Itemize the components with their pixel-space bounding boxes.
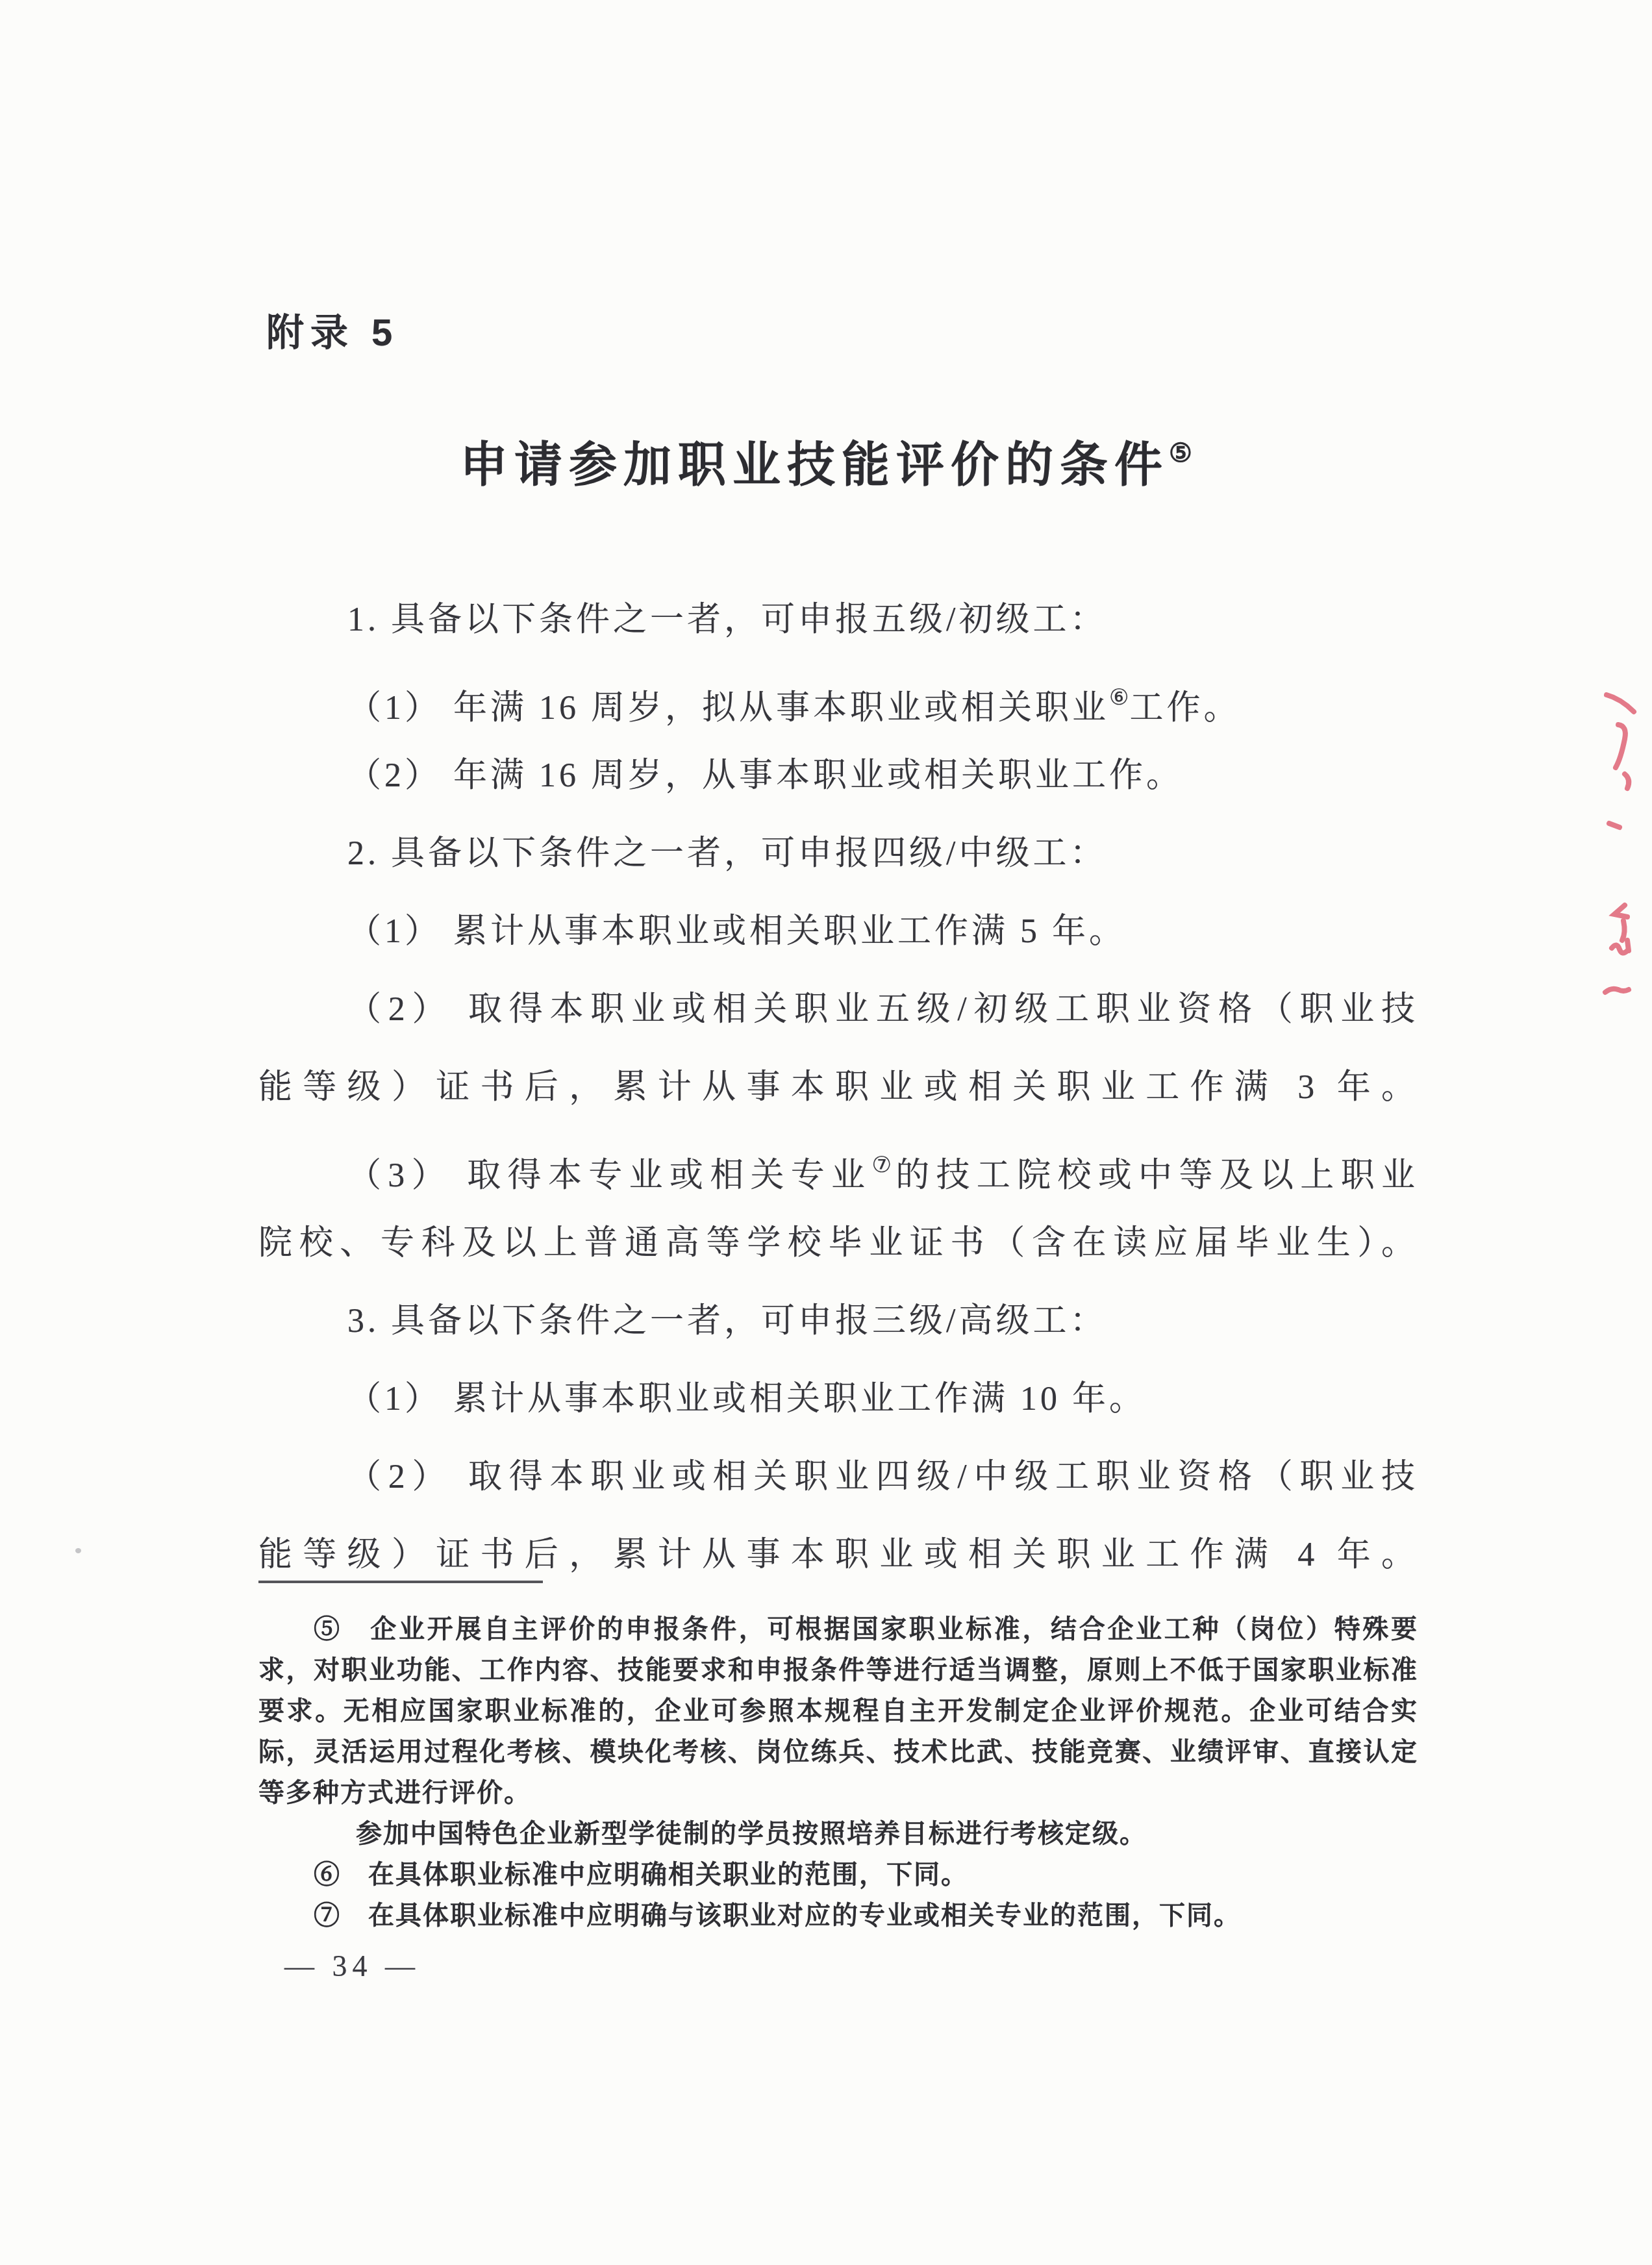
page-number: — 34 — <box>284 1947 420 1986</box>
page-title-text: 申请参加职业技能评价的条件 <box>460 438 1169 492</box>
text-line: （1） 累计从事本职业或相关职业工作满 5 年。 <box>258 893 1418 971</box>
footnote-ref-superscript: ⑥ <box>1109 686 1129 710</box>
text-line: 要求。无相应国家职业标准的，企业可参照本规程自主开发制定企业评价规范。企业可结合… <box>258 1691 1418 1732</box>
footnote-ref-superscript: ⑦ <box>871 1153 895 1177</box>
text-line: 际，灵活运用过程化考核、模块化考核、岗位练兵、技术比武、技能竞赛、业绩评审、直接… <box>258 1732 1418 1773</box>
stray-ink-dot <box>75 1548 81 1553</box>
appendix-label: 附录 5 <box>266 310 399 356</box>
text-line: （2） 取得本职业或相关职业五级/初级工职业资格（职业技 <box>258 971 1418 1049</box>
page-title: 申请参加职业技能评价的条件⑤ <box>0 421 1652 497</box>
text-line: 3. 具备以下条件之一者，可申报三级/高级工： <box>258 1283 1418 1360</box>
title-footnote-superscript: ⑤ <box>1169 439 1192 468</box>
text-line: 等多种方式进行评价。 <box>258 1773 1418 1814</box>
text-segment: （3） 取得本专业或相关专业 <box>347 1157 871 1194</box>
text-line: 能等级）证书后，累计从事本职业或相关职业工作满 3 年。 <box>258 1049 1418 1127</box>
text-line: 1. 具备以下条件之一者，可申报五级/初级工： <box>258 581 1418 659</box>
text-segment: （1） 年满 16 周岁，拟从事本职业或相关职业 <box>347 690 1109 727</box>
text-line: （2） 取得本职业或相关职业四级/中级工职业资格（职业技 <box>258 1438 1418 1516</box>
text-segment: 的技工院校或中等及以上职业 <box>895 1157 1418 1194</box>
footnote-separator-rule <box>258 1581 543 1583</box>
text-line: 参加中国特色企业新型学徒制的学员按照培养目标进行考核定级。 <box>258 1814 1418 1855</box>
text-line: 院校、专科及以上普通高等学校毕业证书（含在读应届毕业生）。 <box>258 1205 1418 1283</box>
text-line: （2） 年满 16 周岁，从事本职业或相关职业工作。 <box>258 737 1418 815</box>
text-line: （1） 累计从事本职业或相关职业工作满 10 年。 <box>258 1360 1418 1438</box>
handwritten-red-pen-marks <box>1548 662 1652 1026</box>
text-line: 求，对职业功能、工作内容、技能要求和申报条件等进行适当调整，原则上不低于国家职业… <box>258 1650 1418 1691</box>
body-text: 1. 具备以下条件之一者，可申报五级/初级工：（1） 年满 16 周岁，拟从事本… <box>258 581 1418 1594</box>
footnotes: ⑤ 企业开展自主评价的申报条件，可根据国家职业标准，结合企业工种（岗位）特殊要求… <box>258 1609 1418 1936</box>
text-line: （1） 年满 16 周岁，拟从事本职业或相关职业⑥工作。 <box>258 659 1418 737</box>
text-line: ⑤ 企业开展自主评价的申报条件，可根据国家职业标准，结合企业工种（岗位）特殊要 <box>258 1609 1418 1650</box>
text-line: ⑥ 在具体职业标准中应明确相关职业的范围，下同。 <box>258 1855 1418 1896</box>
text-segment: 工作。 <box>1130 690 1241 727</box>
scanned-document-page: 附录 5 申请参加职业技能评价的条件⑤ 1. 具备以下条件之一者，可申报五级/初… <box>0 0 1652 2265</box>
text-line: 2. 具备以下条件之一者，可申报四级/中级工： <box>258 815 1418 893</box>
text-line: ⑦ 在具体职业标准中应明确与该职业对应的专业或相关专业的范围，下同。 <box>258 1896 1418 1936</box>
text-line: （3） 取得本专业或相关专业⑦的技工院校或中等及以上职业 <box>258 1127 1418 1205</box>
